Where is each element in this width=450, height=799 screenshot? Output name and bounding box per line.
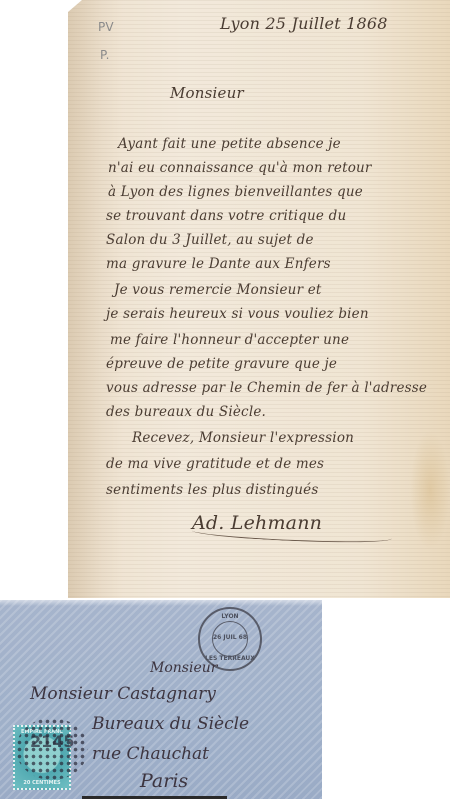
pencil-note: P. — [100, 48, 110, 62]
address-line: Paris — [140, 770, 188, 792]
letter-page: PV P. Lyon 25 Juillet 1868 Monsieur Ayan… — [62, 0, 450, 600]
stamp-bottom-label: 20 CENTIMES — [15, 780, 69, 786]
body-line: à Lyon des lignes bienveillantes que — [108, 184, 363, 200]
body-line: se trouvant dans votre critique du — [106, 208, 346, 224]
closing-line: Recevez, Monsieur l'expression — [132, 430, 354, 446]
address-line: Monsieur Castagnary — [30, 684, 216, 704]
body-line: Je vous remercie Monsieur et — [114, 282, 322, 298]
body-line: me faire l'honneur d'accepter une — [110, 332, 349, 348]
address-line: Bureaux du Siècle — [92, 714, 249, 734]
body-line: n'ai eu connaissance qu'à mon retour — [108, 160, 372, 176]
body-line: je serais heureux si vous vouliez bien — [106, 306, 369, 322]
pencil-note: PV — [98, 20, 114, 34]
body-line: des bureaux du Siècle. — [106, 404, 266, 420]
body-line: Salon du 3 Juillet, au sujet de — [106, 232, 314, 248]
body-line: ma gravure le Dante aux Enfers — [106, 256, 331, 272]
closing-line: de ma vive gratitude et de mes — [106, 456, 324, 472]
address-line: Monsieur — [150, 660, 217, 676]
postmark-city: LYON — [200, 613, 260, 620]
closing-line: sentiments les plus distingués — [106, 482, 318, 498]
cancellation-number: 2145 — [30, 732, 75, 751]
body-line: Ayant fait une petite absence je — [118, 136, 341, 152]
postmark-date: 26 JUIL 68 — [200, 634, 260, 641]
body-line: vous adresse par le Chemin de fer à l'ad… — [106, 380, 427, 396]
body-line: épreuve de petite gravure que je — [106, 356, 337, 372]
paper-stain — [410, 430, 450, 550]
envelope-torn-edge — [0, 600, 322, 606]
address-line: rue Chauchat — [92, 744, 209, 764]
date-line: Lyon 25 Juillet 1868 — [220, 14, 388, 33]
paper-fold-shadow — [62, 0, 122, 600]
salutation: Monsieur — [170, 84, 244, 102]
